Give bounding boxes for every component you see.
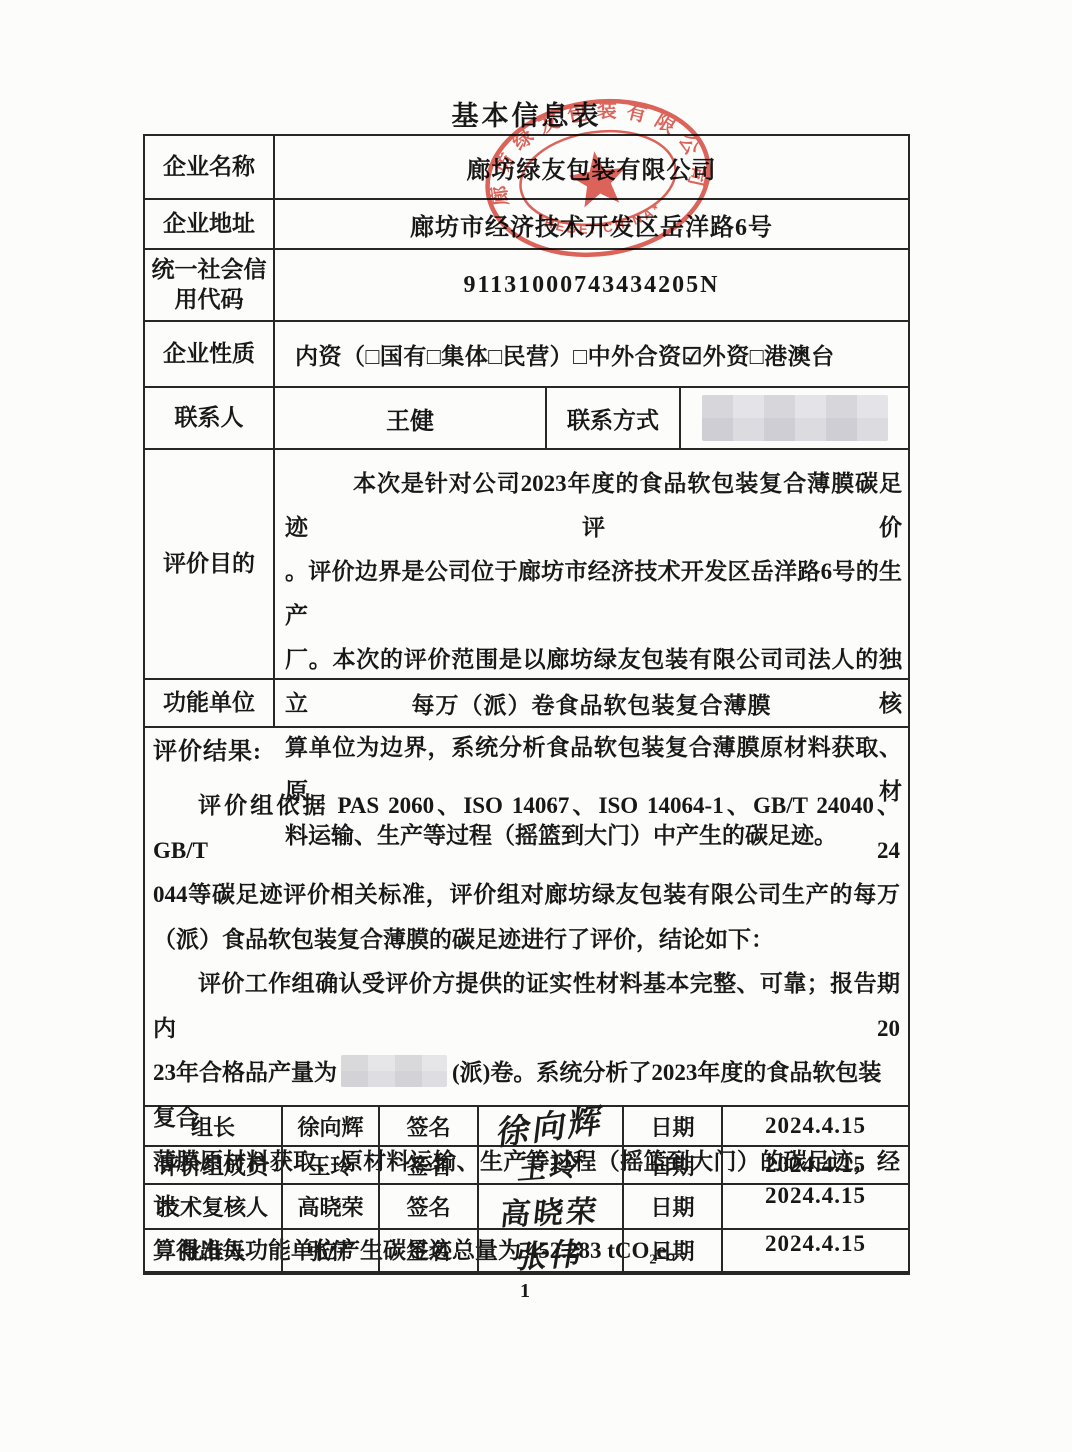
result-para2-pre: 23年合格品产量为 [153, 1060, 337, 1085]
table-row-purpose: 评价目的 本次是针对公司2023年度的食品软包装复合薄膜碳足迹评价 。评价边界是… [145, 450, 908, 680]
table-row-address: 企业地址 廊坊市经济技术开发区岳洋路6号 [145, 200, 908, 250]
signoff-role: 批准人 [145, 1230, 283, 1271]
handwritten-signature: 徐向辉 [479, 1107, 624, 1145]
signoff-role: 评价组成员 [145, 1147, 283, 1183]
purpose-line: 。评价边界是公司位于廊坊市经济技术开发区岳洋路6号的生产 [285, 550, 902, 638]
table-row-result: 评价结果: 评价组依据 PAS 2060、ISO 14067、ISO 14064… [145, 728, 908, 1107]
purpose-text: 本次是针对公司2023年度的食品软包装复合薄膜碳足迹评价 。评价边界是公司位于廊… [275, 450, 908, 678]
signoff-name: 徐向辉 [283, 1107, 380, 1145]
handwritten-signature: 张伟 [479, 1230, 624, 1271]
redacted-production-value [341, 1055, 447, 1087]
credit-code-value: 91131000743434205N [275, 250, 908, 320]
functional-unit-label: 功能单位 [145, 680, 275, 726]
signoff-name: 张伟 [283, 1230, 380, 1271]
table-row-company-nature: 企业性质 内资（□国有□集体□民营）□中外合资☑外资□港澳台 [145, 322, 908, 388]
company-name-label: 企业名称 [145, 136, 275, 198]
table-row-functional-unit: 功能单位 每万（派）卷食品软包装复合薄膜 [145, 680, 908, 728]
company-nature-label: 企业性质 [145, 322, 275, 386]
result-para2-line: 评价工作组确认受评价方提供的证实性材料基本完整、可靠；报告期内20 [153, 962, 900, 1051]
company-name-value: 廊坊绿友包装有限公司 [275, 136, 908, 198]
result-para1-line: 评价组依据 PAS 2060、ISO 14067、ISO 14064-1、GB/… [153, 784, 900, 873]
contact-name: 王健 [275, 388, 547, 448]
table-row-credit-code: 统一社会信用代码 91131000743434205N [145, 250, 908, 322]
date-label: 日期 [624, 1185, 723, 1228]
purpose-line: 本次是针对公司2023年度的食品软包装复合薄膜碳足迹评价 [285, 462, 902, 550]
page-title: 基本信息表 [143, 94, 910, 133]
sign-label: 签名 [380, 1230, 479, 1271]
basic-info-table: 企业名称 廊坊绿友包装有限公司 企业地址 廊坊市经济技术开发区岳洋路6号 统一社… [143, 134, 910, 1275]
signoff-date: 2024.4.15 [723, 1223, 908, 1264]
table-row-company-name: 企业名称 廊坊绿友包装有限公司 [145, 136, 908, 200]
company-nature-value: 内资（□国有□集体□民营）□中外合资☑外资□港澳台 [275, 322, 908, 386]
date-label: 日期 [624, 1107, 723, 1145]
contact-label: 联系人 [145, 388, 275, 448]
page-number: 1 [520, 1280, 530, 1303]
date-label: 日期 [624, 1230, 723, 1271]
functional-unit-value: 每万（派）卷食品软包装复合薄膜 [275, 680, 908, 726]
contact-method-cell [681, 388, 908, 448]
signoff-role: 技术复核人 [145, 1185, 283, 1228]
address-label: 企业地址 [145, 200, 275, 248]
credit-code-label: 统一社会信用代码 [145, 250, 275, 320]
redacted-contact-value [702, 395, 888, 441]
signoff-row-leader: 组长 徐向辉 签名 徐向辉 日期 2024.4.15 [145, 1107, 908, 1147]
signoff-date: 2024.4.15 [723, 1174, 908, 1217]
signoff-date: 2024.4.15 [723, 1107, 908, 1145]
result-para1-line: 044等碳足迹评价相关标准，评价组对廊坊绿友包装有限公司生产的每万 [153, 873, 900, 918]
result-para1-line: （派）食品软包装复合薄膜的碳足迹进行了评价，结论如下： [153, 918, 900, 963]
signoff-name: 高晓荣 [283, 1185, 380, 1228]
sign-label: 签名 [380, 1107, 479, 1145]
address-value: 廊坊市经济技术开发区岳洋路6号 [275, 200, 908, 248]
signoff-name: 王玲 [283, 1147, 380, 1183]
signoff-role: 组长 [145, 1107, 283, 1145]
sign-label: 签名 [380, 1147, 479, 1183]
purpose-label: 评价目的 [145, 450, 275, 678]
sign-label: 签名 [380, 1185, 479, 1228]
signoff-row-approver: 批准人 张伟 签名 张伟 日期 2024.4.15 [145, 1230, 908, 1273]
table-row-contact: 联系人 王健 联系方式 [145, 388, 908, 450]
handwritten-signature: 高晓荣 [479, 1185, 624, 1228]
date-label: 日期 [624, 1147, 723, 1183]
contact-method-label: 联系方式 [547, 388, 681, 448]
